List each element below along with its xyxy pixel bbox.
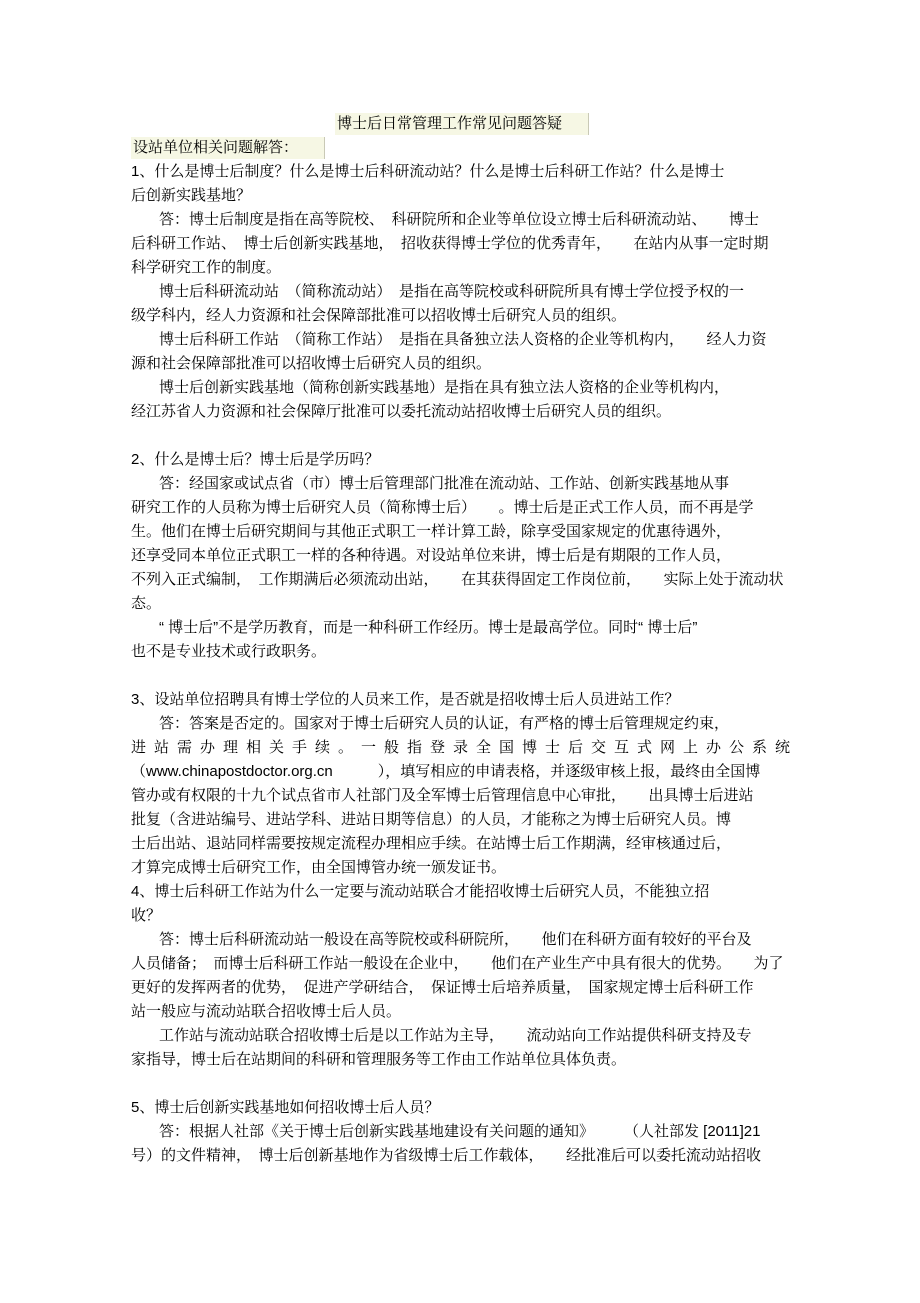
text-line: 收？ <box>131 904 793 928</box>
text-line: 答：经国家或试点省（市）博士后管理部门批准在流动站、工作站、创新实践基地从事 <box>131 472 793 496</box>
blank-line <box>131 424 793 448</box>
blank-line <box>131 664 793 688</box>
text-line: 家指导，博士后在站期间的科研和管理服务等工作由工作站单位具体负责。 <box>131 1048 793 1072</box>
text-line: 答：根据人社部《关于博士后创新实践基地建设有关问题的通知》 （人社部发 [201… <box>131 1120 793 1144</box>
text-line: “ 博士后”不是学历教育，而是一种科研工作经历。博士是最高学位。同时“ 博士后” <box>131 616 793 640</box>
text-line: 经江苏省人力资源和社会保障厅批准可以委托流动站招收博士后研究人员的组织。 <box>131 400 793 424</box>
text-line: 1、什么是博士后制度？什么是博士后科研流动站？什么是博士后科研工作站？什么是博士 <box>131 160 793 184</box>
section-heading-row: 设站单位相关问题解答： <box>131 136 793 160</box>
text-line: 3、设站单位招聘具有博士学位的人员来工作，是否就是招收博士后人员进站工作？ <box>131 688 793 712</box>
text-line: 批复（含进站编号、进站学科、进站日期等信息）的人员，才能称之为博士后研究人员。博 <box>131 808 793 832</box>
text-line: 管办或有权限的十九个试点省市人社部门及全军博士后管理信息中心审批， 出具博士后进… <box>131 784 793 808</box>
text-line: 也不是专业技术或行政职务。 <box>131 640 793 664</box>
text-line: 后科研工作站、 博士后创新实践基地， 招收获得博士学位的优秀青年， 在站内从事一… <box>131 232 793 256</box>
text-line: 级学科内，经人力资源和社会保障部批准可以招收博士后研究人员的组织。 <box>131 304 793 328</box>
text-line: 答：博士后科研流动站一般设在高等院校或科研院所， 他们在科研方面有较好的平台及 <box>131 928 793 952</box>
text-line: 才算完成博士后研究工作，由全国博管办统一颁发证书。 <box>131 856 793 880</box>
section-heading: 设站单位相关问题解答： <box>131 137 325 159</box>
text-line: 答：博士后制度是指在高等院校、 科研院所和企业等单位设立博士后科研流动站、 博士 <box>131 208 793 232</box>
text-line: 站一般应与流动站联合招收博士后人员。 <box>131 1000 793 1024</box>
text-line: 博士后科研流动站 （简称流动站） 是指在高等院校或科研院所具有博士学位授予权的一 <box>131 280 793 304</box>
text-line: 科学研究工作的制度。 <box>131 256 793 280</box>
text-line: （www.chinapostdoctor.org.cn ），填写相应的申请表格，… <box>131 760 793 784</box>
text-line: 生。他们在博士后研究期间与其他正式职工一样计算工龄，除享受国家规定的优惠待遇外， <box>131 520 793 544</box>
document-content: 博士后日常管理工作常见问题答疑 设站单位相关问题解答： 1、什么是博士后制度？什… <box>131 112 793 1168</box>
text-line: 更好的发挥两者的优势， 促进产学研结合， 保证博士后培养质量， 国家规定博士后科… <box>131 976 793 1000</box>
text-line: 4、博士后科研工作站为什么一定要与流动站联合才能招收博士后研究人员，不能独立招 <box>131 880 793 904</box>
text-line: 后创新实践基地？ <box>131 184 793 208</box>
text-line: 士后出站、退站同样需要按规定流程办理相应手续。在站博士后工作期满，经审核通过后， <box>131 832 793 856</box>
text-line: 博士后创新实践基地（简称创新实践基地）是指在具有独立法人资格的企业等机构内， <box>131 376 793 400</box>
text-line: 源和社会保障部批准可以招收博士后研究人员的组织。 <box>131 352 793 376</box>
text-line: 态。 <box>131 592 793 616</box>
text-line: 答：答案是否定的。国家对于博士后研究人员的认证，有严格的博士后管理规定约束， <box>131 712 793 736</box>
text-line: 研究工作的人员称为博士后研究人员（简称博士后） 。博士后是正式工作人员，而不再是… <box>131 496 793 520</box>
blank-line <box>131 1072 793 1096</box>
page-title: 博士后日常管理工作常见问题答疑 <box>335 113 589 135</box>
text-line: 还享受同本单位正式职工一样的各种待遇。对设站单位来讲，博士后是有期限的工作人员， <box>131 544 793 568</box>
document-page: 博士后日常管理工作常见问题答疑 设站单位相关问题解答： 1、什么是博士后制度？什… <box>0 0 920 1303</box>
document-body: 1、什么是博士后制度？什么是博士后科研流动站？什么是博士后科研工作站？什么是博士… <box>131 160 793 1168</box>
text-line: 不列入正式编制， 工作期满后必须流动出站， 在其获得固定工作岗位前， 实际上处于… <box>131 568 793 592</box>
text-line: 进站需办理相关手续。一般指登录全国博士后交互式网上办公系统 <box>131 736 793 760</box>
text-line: 5、博士后创新实践基地如何招收博士后人员？ <box>131 1096 793 1120</box>
text-line: 博士后科研工作站 （简称工作站） 是指在具备独立法人资格的企业等机构内， 经人力… <box>131 328 793 352</box>
text-line: 人员储备； 而博士后科研工作站一般设在企业中， 他们在产业生产中具有很大的优势。… <box>131 952 793 976</box>
text-line: 2、什么是博士后？博士后是学历吗？ <box>131 448 793 472</box>
text-line: 号）的文件精神， 博士后创新基地作为省级博士后工作载体， 经批准后可以委托流动站… <box>131 1144 793 1168</box>
text-line: 工作站与流动站联合招收博士后是以工作站为主导， 流动站向工作站提供科研支持及专 <box>131 1024 793 1048</box>
title-row: 博士后日常管理工作常见问题答疑 <box>131 112 793 136</box>
